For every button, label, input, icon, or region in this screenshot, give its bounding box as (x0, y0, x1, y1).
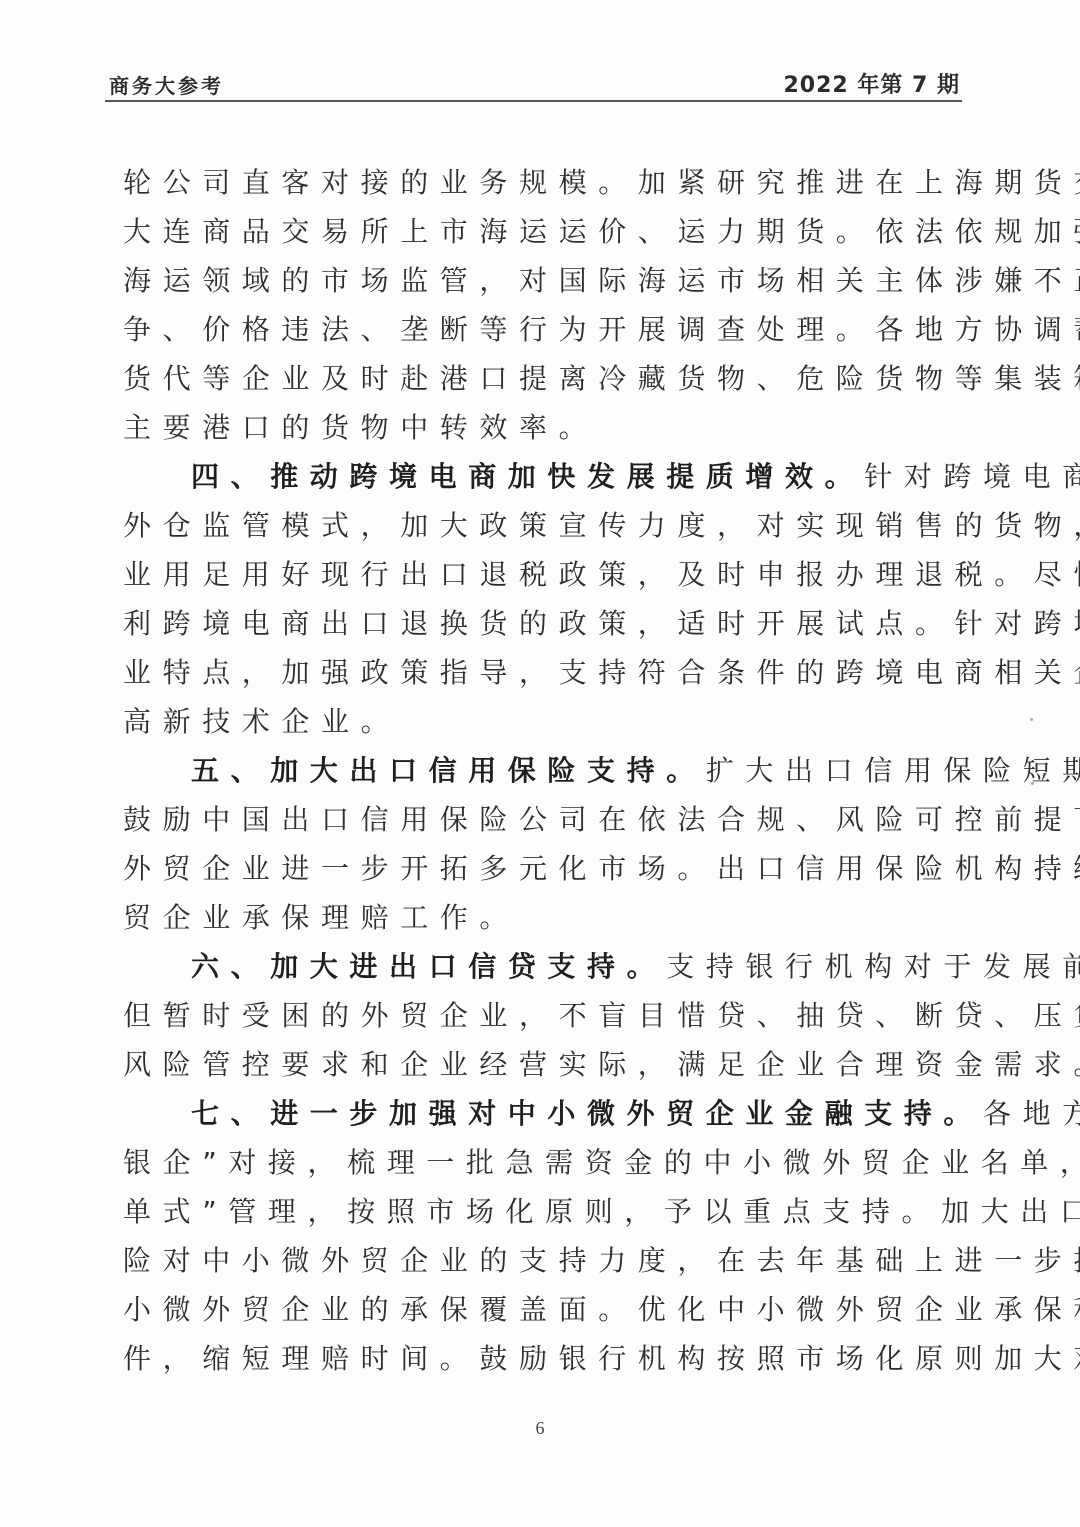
text-line: 单式”管理，按照市场化原则，予以重点支持。加大出口信用保 (123, 1187, 973, 1236)
page-number: 6 (530, 1418, 550, 1439)
section-heading: 七、进一步加强对中小微外贸企业金融支持。 (191, 1097, 983, 1130)
text-line: 银企”对接，梳理一批急需资金的中小微外贸企业名单，开展“清 (123, 1138, 973, 1187)
text-line: 件，缩短理赔时间。鼓励银行机构按照市场化原则加大对外贸企 (123, 1334, 973, 1383)
header-divider (105, 100, 962, 102)
text-run: 支持银行机构对于发展前景良好 (666, 950, 1080, 983)
text-line: 外贸企业进一步开拓多元化市场。出口信用保险机构持续做好外 (123, 844, 973, 893)
text-line: 轮公司直客对接的业务规模。加紧研究推进在上海期货交易所、 (123, 158, 973, 207)
text-run: 各地方加强“政 (983, 1097, 1080, 1130)
text-line: 利跨境电商出口退换货的政策，适时开展试点。针对跨境电商行 (123, 599, 973, 648)
scan-speck (1031, 782, 1034, 785)
text-line: 主要港口的货物中转效率。 (123, 403, 973, 452)
text-line: 六、加大进出口信贷支持。支持银行机构对于发展前景良好 (123, 942, 973, 991)
paragraph-section-5: 五、加大出口信用保险支持。扩大出口信用保险短期险规模。 鼓励中国出口信用保险公司… (123, 746, 973, 942)
text-line: 风险管控要求和企业经营实际，满足企业合理资金需求。 (123, 1040, 973, 1089)
text-line: 小微外贸企业的承保覆盖面。优化中小微外贸企业承保和理赔条 (123, 1285, 973, 1334)
text-line: 海运领域的市场监管，对国际海运市场相关主体涉嫌不正当竞 (123, 256, 973, 305)
text-line: 险对中小微外贸企业的支持力度，在去年基础上进一步扩大对中 (123, 1236, 973, 1285)
body-text: 轮公司直客对接的业务规模。加紧研究推进在上海期货交易所、 大连商品交易所上市海运… (123, 158, 973, 1383)
paragraph-section-6: 六、加大进出口信贷支持。支持银行机构对于发展前景良好 但暂时受困的外贸企业，不盲… (123, 942, 973, 1089)
paragraph-continuation: 轮公司直客对接的业务规模。加紧研究推进在上海期货交易所、 大连商品交易所上市海运… (123, 158, 973, 452)
text-line: 争、价格违法、垄断等行为开展调查处理。各地方协调帮助物流、 (123, 305, 973, 354)
text-line: 但暂时受困的外贸企业，不盲目惜贷、抽贷、断贷、压贷，根据 (123, 991, 973, 1040)
text-run: 针对跨境电商出口海 (864, 460, 1080, 493)
text-run: 扩大出口信用保险短期险规模。 (706, 754, 1080, 787)
running-header: 商务大参考 2022 年第 7 期 (105, 66, 962, 100)
paragraph-section-4: 四、推动跨境电商加快发展提质增效。针对跨境电商出口海 外仓监管模式，加大政策宣传… (123, 452, 973, 746)
section-heading: 五、加大出口信用保险支持。 (191, 754, 706, 787)
scan-speck (1030, 718, 1033, 721)
publication-title: 商务大参考 (109, 70, 224, 99)
document-page: 商务大参考 2022 年第 7 期 轮公司直客对接的业务规模。加紧研究推进在上海… (0, 0, 1080, 1527)
text-line: 大连商品交易所上市海运运价、运力期货。依法依规加强对国际 (123, 207, 973, 256)
text-line: 四、推动跨境电商加快发展提质增效。针对跨境电商出口海 (123, 452, 973, 501)
text-line: 业用足用好现行出口退税政策，及时申报办理退税。尽快出台便 (123, 550, 973, 599)
text-line: 鼓励中国出口信用保险公司在依法合规、风险可控前提下，支持 (123, 795, 973, 844)
text-line: 贸企业承保理赔工作。 (123, 893, 973, 942)
text-line: 业特点，加强政策指导，支持符合条件的跨境电商相关企业申报 (123, 648, 973, 697)
issue-number: 2022 年第 7 期 (783, 68, 960, 99)
section-heading: 四、推动跨境电商加快发展提质增效。 (191, 460, 864, 493)
text-line: 七、进一步加强对中小微外贸企业金融支持。各地方加强“政 (123, 1089, 973, 1138)
section-heading: 六、加大进出口信贷支持。 (191, 950, 666, 983)
paragraph-section-7: 七、进一步加强对中小微外贸企业金融支持。各地方加强“政 银企”对接，梳理一批急需… (123, 1089, 973, 1383)
text-line: 外仓监管模式，加大政策宣传力度，对实现销售的货物，指导企 (123, 501, 973, 550)
text-line: 五、加大出口信用保险支持。扩大出口信用保险短期险规模。 (123, 746, 973, 795)
text-line: 货代等企业及时赴港口提离冷藏货物、危险货物等集装箱，提升 (123, 354, 973, 403)
text-line: 高新技术企业。 (123, 697, 973, 746)
